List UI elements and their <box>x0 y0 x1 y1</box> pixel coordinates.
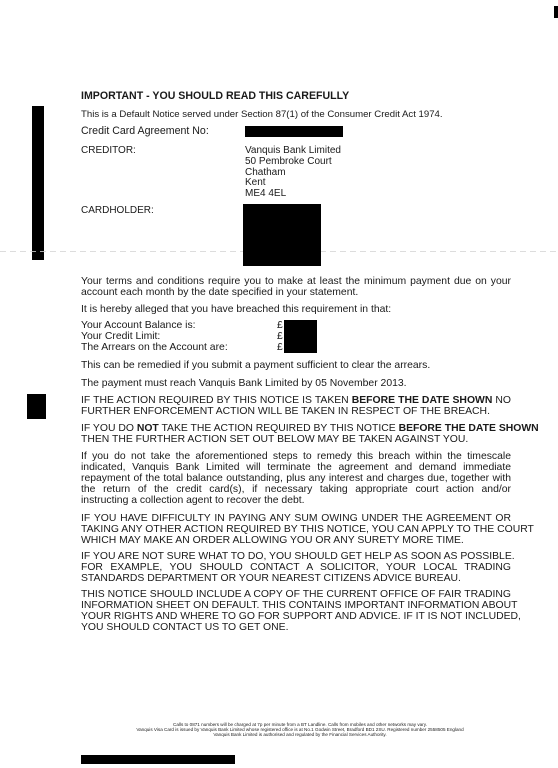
payment-deadline: The payment must reach Vanquis Bank Limi… <box>81 378 407 389</box>
action-taken-paragraph: IF THE ACTION REQUIRED BY THIS NOTICE IS… <box>81 395 511 417</box>
notice-intro: This is a Default Notice served under Se… <box>81 109 443 120</box>
termination-paragraph: If you do not take the aforementioned st… <box>81 451 511 506</box>
creditor-postcode: ME4 4EL <box>245 188 286 199</box>
alleged-breach: It is hereby alleged that you have breac… <box>81 304 391 315</box>
terms-line: Your terms and conditions require you to… <box>81 276 511 287</box>
redacted-cardholder <box>243 204 321 266</box>
creditor-county: Kent <box>245 177 266 188</box>
creditor-street: 50 Pembroke Court <box>245 156 332 167</box>
arrears-label: The Arrears on the Account are: <box>81 342 228 353</box>
notice-heading: IMPORTANT - YOU SHOULD READ THIS CAREFUL… <box>81 91 349 102</box>
margin-square-mark <box>27 394 46 419</box>
creditor-label: CREDITOR: <box>81 145 136 156</box>
corner-mark <box>554 6 558 18</box>
agreement-label: Credit Card Agreement No: <box>81 126 209 137</box>
credit-limit-label: Your Credit Limit: <box>81 331 160 342</box>
cardholder-label: CARDHOLDER: <box>81 205 154 216</box>
redacted-agreement-number <box>245 126 343 137</box>
creditor-name: Vanquis Bank Limited <box>245 145 341 156</box>
help-paragraph: IF YOU ARE NOT SURE WHAT TO DO, YOU SHOU… <box>81 551 511 584</box>
oft-paragraph: THIS NOTICE SHOULD INCLUDE A COPY OF THE… <box>81 589 511 633</box>
redacted-footer-reference <box>81 755 235 764</box>
account-balance-label: Your Account Balance is: <box>81 320 196 331</box>
currency-symbol: £ <box>277 320 283 331</box>
redacted-amounts <box>284 320 317 353</box>
terms-paragraph: Your terms and conditions require you to… <box>81 276 511 298</box>
footer-regulation: Vanquis Bank Limited is authorised and r… <box>80 732 520 737</box>
currency-symbol: £ <box>277 342 283 353</box>
terms-line: account each month by the date specified… <box>81 287 511 298</box>
margin-bar-mark <box>32 106 44 260</box>
remedy-text: This can be remedied if you submit a pay… <box>81 360 430 371</box>
difficulty-paragraph: IF YOU HAVE DIFFICULTY IN PAYING ANY SUM… <box>81 513 511 546</box>
action-not-taken-paragraph: IF YOU DO NOT TAKE THE ACTION REQUIRED B… <box>81 423 511 445</box>
currency-symbol: £ <box>277 331 283 342</box>
